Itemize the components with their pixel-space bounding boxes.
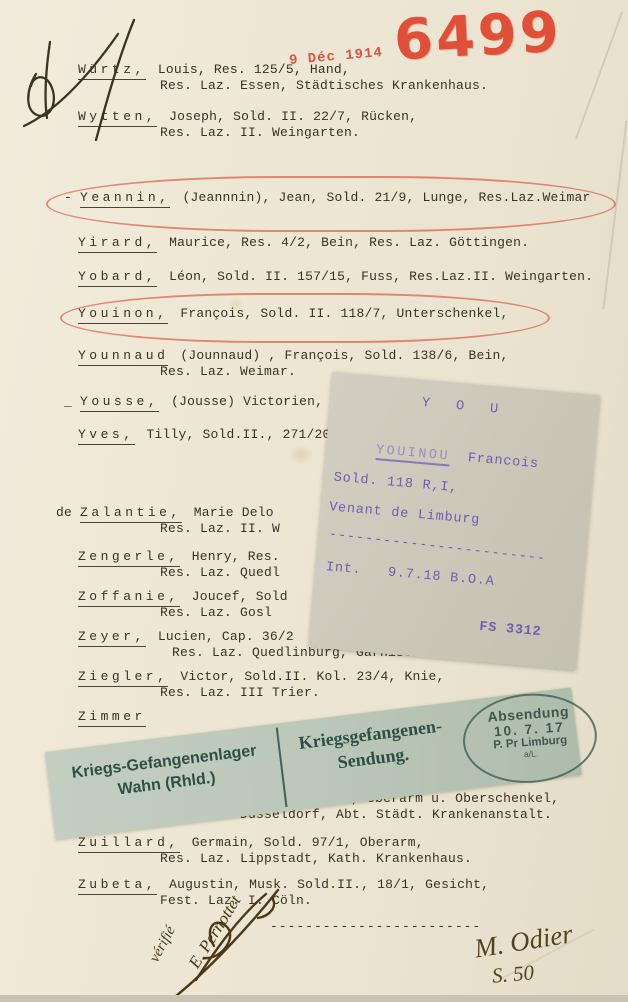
list-entry: Zimmer	[78, 709, 158, 727]
entry-details: Joseph, Sold. II. 22/7, Rücken,	[169, 109, 417, 124]
entry-details: Victor, Sold.II. Kol. 23/4, Knie,	[180, 669, 444, 684]
entry-hospital-line: Res. Laz. Essen, Städtisches Krankenhaus…	[160, 78, 488, 94]
verification-signature: vérifié E. Pernottet	[148, 888, 308, 1000]
entry-surname: Yobard,	[78, 269, 157, 287]
card-origin-line: Venant de Limburg	[329, 500, 481, 528]
red-circle-annotation	[60, 293, 550, 343]
paper-stain	[288, 445, 314, 465]
entry-surname: Würtz,	[78, 62, 146, 80]
entry-hospital-line: Res. Laz. Lippstadt, Kath. Krankenhaus.	[160, 851, 472, 867]
entry-hospital-line: Res. Laz. II. W	[160, 521, 280, 537]
entry-hospital-line: Res. Laz. Quedl	[160, 565, 280, 581]
scan-edge	[0, 995, 628, 1002]
entry-hospital-line: Res. Laz. II. Weingarten.	[160, 125, 360, 141]
approver-signature: M. Odier	[472, 918, 575, 964]
list-entry: Yirard,Maurice, Res. 4/2, Bein, Res. Laz…	[78, 235, 529, 253]
list-entry: Yves,Tilly, Sold.II., 271/20	[78, 427, 331, 445]
prisoner-index-card: Y O U YOUINOUFrancois Sold. 118 R,I, Ven…	[309, 372, 600, 670]
card-heading: Y O U	[330, 388, 598, 426]
entry-details: Henry, Res.	[192, 549, 280, 564]
entry-details: Joucef, Sold	[192, 589, 288, 604]
entry-hospital-line: Res. Laz. Gosl	[160, 605, 272, 621]
entry-details: Tilly, Sold.II., 271/20	[147, 427, 331, 442]
entry-details: Lucien, Cap. 36/2	[158, 629, 294, 644]
entry-surname: Zimmer	[78, 709, 146, 727]
absendung-oval-stamp: Absendung 10. 7. 17 P. Pr Limburg a/L.	[460, 689, 600, 787]
entry-prefix-mark: _	[64, 394, 80, 409]
entry-prefix-mark: de	[56, 505, 80, 520]
entry-details: Maurice, Res. 4/2, Bein, Res. Laz. Götti…	[169, 235, 529, 250]
entry-surname: Zubeta,	[78, 877, 157, 895]
entry-surname: Wytten,	[78, 109, 157, 127]
paper-crease	[602, 121, 627, 310]
page-number: S. 50	[491, 960, 535, 989]
card-divider-dashes: ------------------------	[328, 527, 547, 567]
label-sendung: Kriegsgefangenen- Sendung.	[284, 712, 459, 780]
entry-details: Marie Delo	[194, 505, 274, 520]
card-reference-number: FS 3312	[479, 620, 542, 640]
entry-surname: Ziegler,	[78, 669, 168, 687]
red-circle-annotation	[46, 176, 616, 232]
entry-surname: Yousse,	[80, 394, 159, 412]
list-entry: Yobard,Léon, Sold. II. 157/15, Fuss, Res…	[78, 269, 593, 287]
entry-surname: Yirard,	[78, 235, 157, 253]
card-first-name: Francois	[467, 451, 539, 472]
entry-details: (Jousse) Victorien,	[171, 394, 323, 409]
list-entry: _ Yousse,(Jousse) Victorien,	[64, 394, 323, 412]
entry-surname: Younnaud	[78, 348, 168, 366]
entry-details: Léon, Sold. II. 157/15, Fuss, Res.Laz.II…	[169, 269, 593, 284]
entry-hospital-line: Res. Laz. Weimar.	[160, 364, 296, 380]
entry-hospital-line: Res. Laz. III Trier.	[160, 685, 320, 701]
entry-surname: Yves,	[78, 427, 135, 445]
label-camp-name: Kriegs-Gefangenenlager Wahn (Rhld.)	[55, 738, 277, 808]
entry-details: Louis, Res. 125/5, Hand,	[158, 62, 350, 77]
paper-crease	[575, 12, 623, 140]
entry-surname: Zeyer,	[78, 629, 146, 647]
entry-details: (Jounnaud) , François, Sold. 138/6, Bein…	[180, 348, 508, 363]
entry-details: Germain, Sold. 97/1, Oberarm,	[192, 835, 424, 850]
card-surname: YOUINOU	[375, 443, 450, 466]
card-intake-line: Int. 9.7.18 B.O.A	[325, 560, 495, 590]
registry-number: 6499	[392, 0, 563, 73]
